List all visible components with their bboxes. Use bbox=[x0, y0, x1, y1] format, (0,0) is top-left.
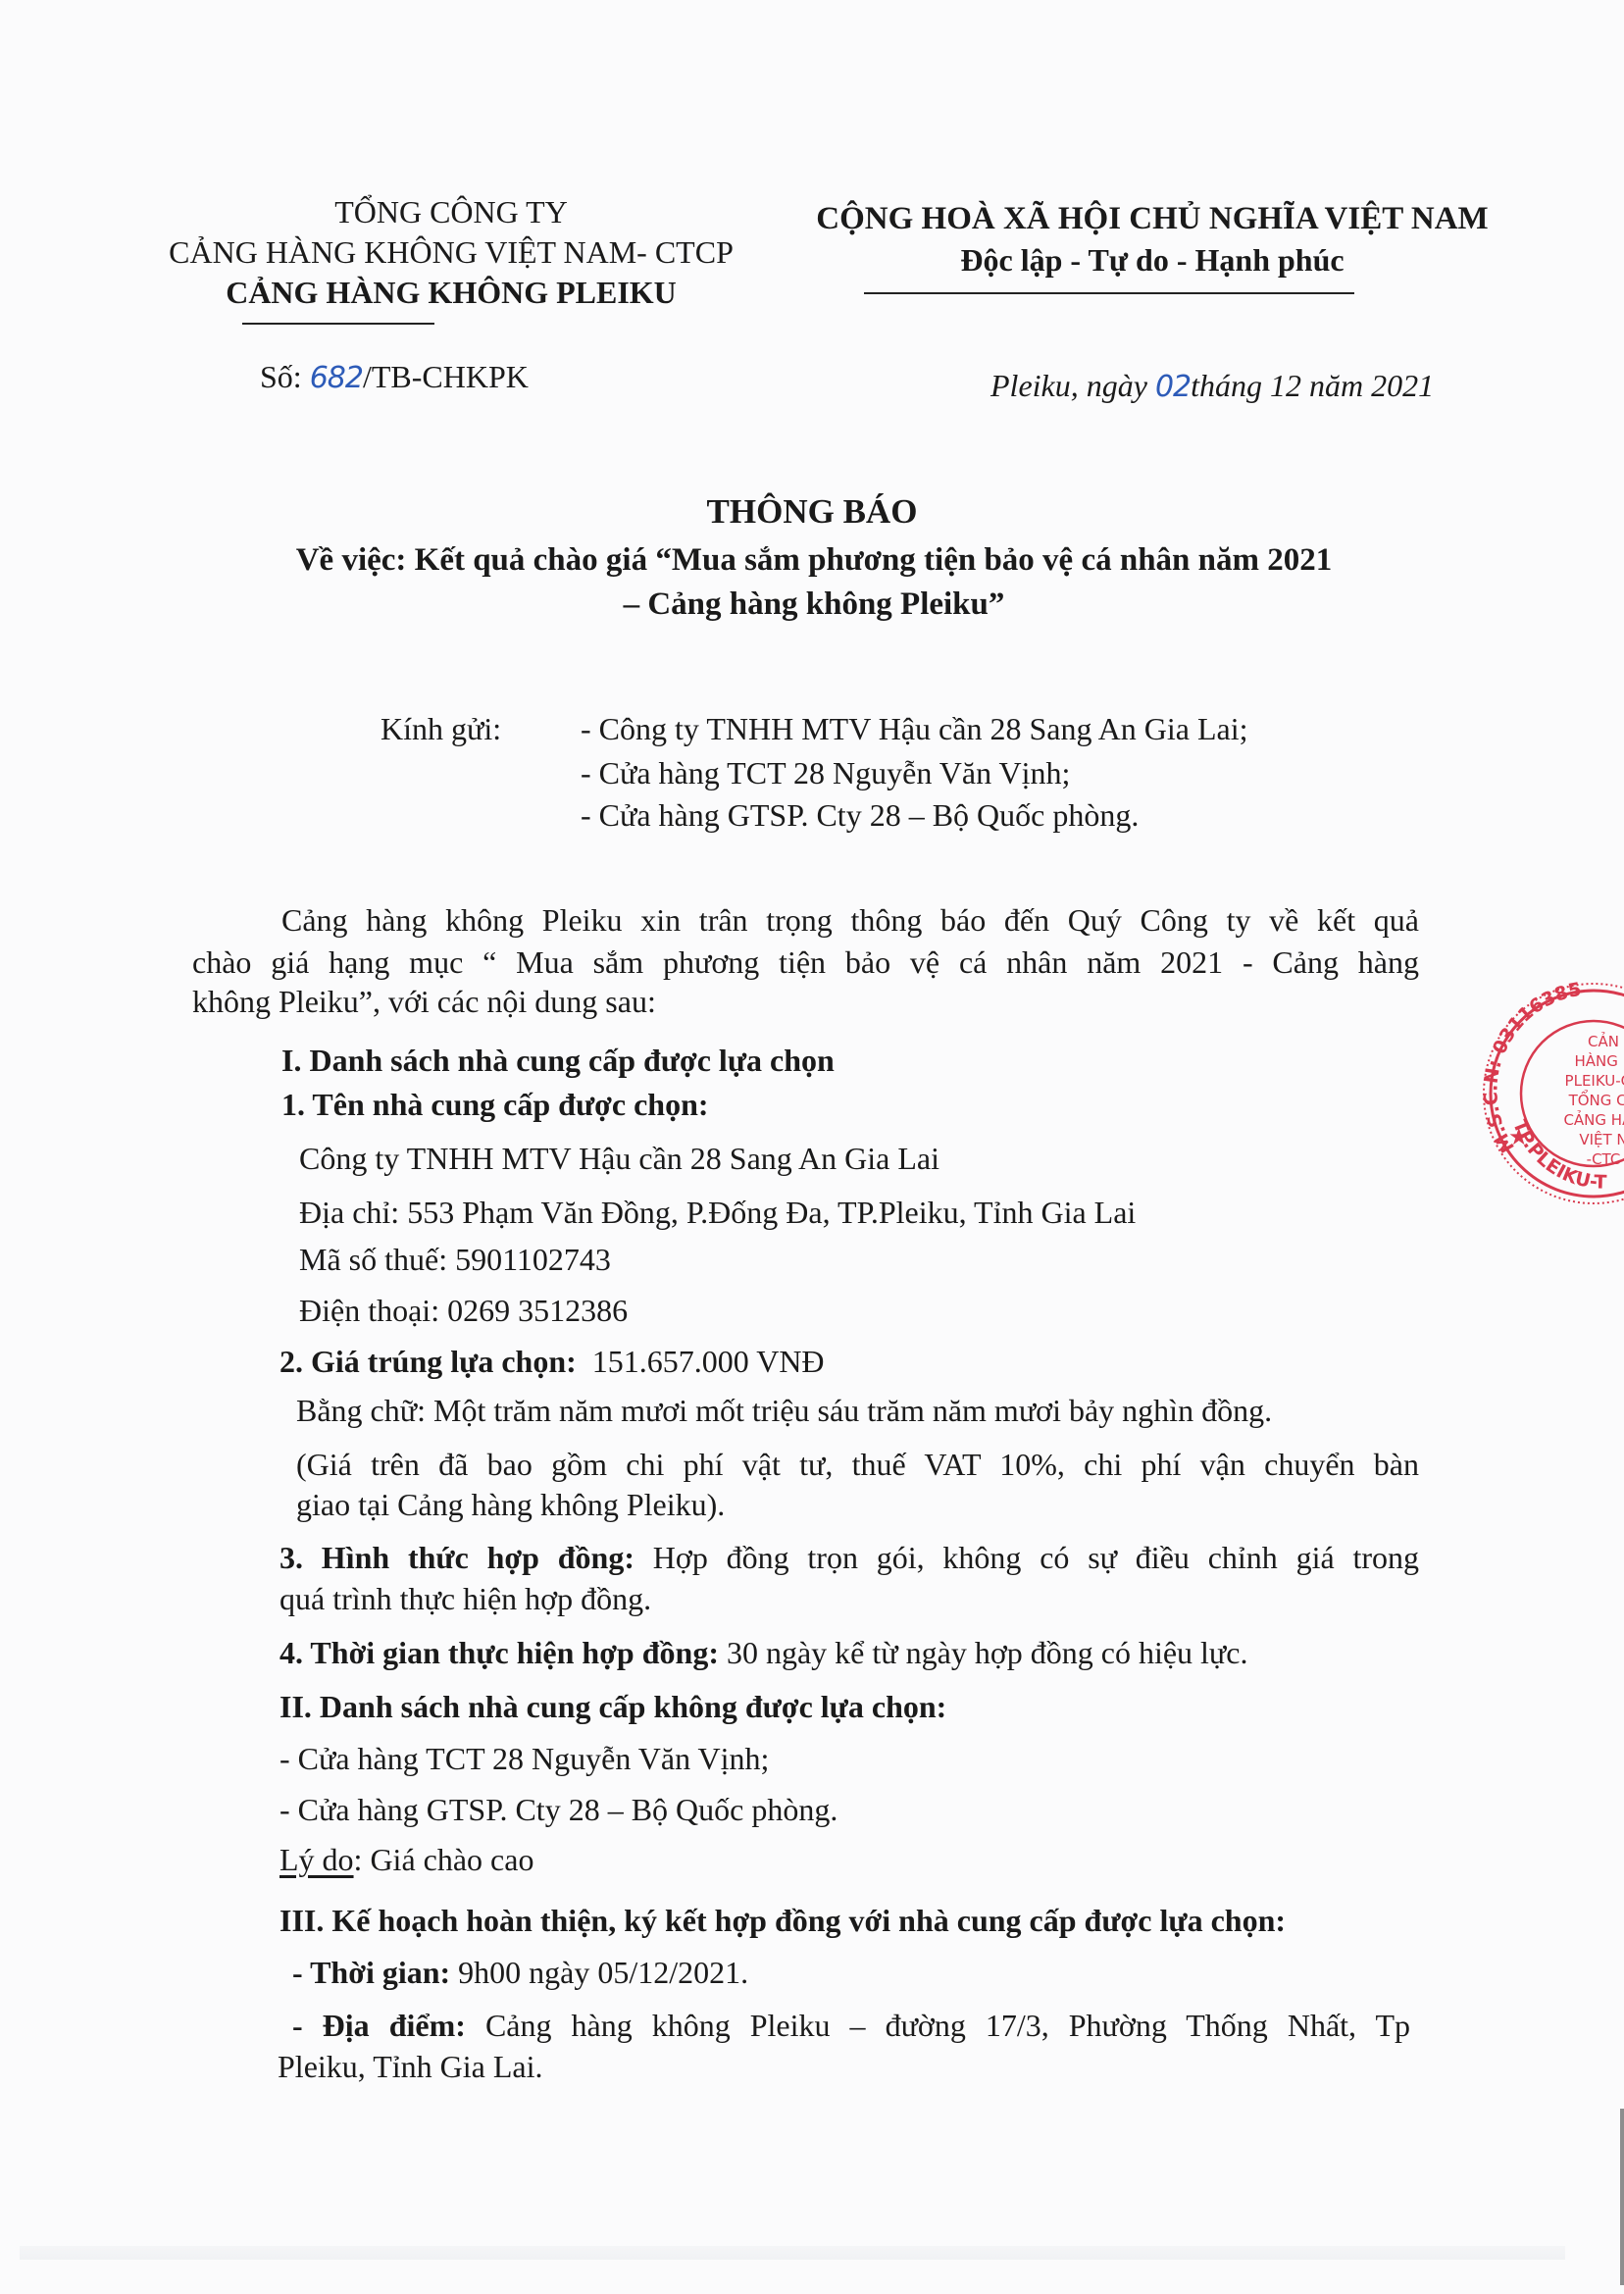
intro-line-3: không Pleiku”, với các nội dung sau: bbox=[192, 984, 656, 1020]
org-line-2: CẢNG HÀNG KHÔNG VIỆT NAM- CTCP bbox=[98, 234, 804, 271]
place-label: - Địa điểm: bbox=[292, 2008, 466, 2043]
price-in-words: Bằng chữ: Một trăm năm mươi mốt triệu sá… bbox=[296, 1393, 1272, 1429]
signing-place-line-1: - Địa điểm: Cảng hàng không Pleiku – đườ… bbox=[292, 2008, 1410, 2044]
recipients-label: Kính gửi: bbox=[381, 711, 501, 747]
nation-underline bbox=[864, 292, 1354, 294]
date-day-handwritten: 02 bbox=[1155, 370, 1191, 404]
scan-shadow bbox=[20, 2246, 1565, 2260]
item-1-label: 1. Tên nhà cung cấp được chọn: bbox=[281, 1087, 709, 1123]
subject-line-1: Về việc: Kết quả chào giá “Mua sắm phươn… bbox=[177, 542, 1451, 579]
nation-line-1: CỘNG HOÀ XÃ HỘI CHỦ NGHĨA VIỆT NAM bbox=[755, 201, 1549, 237]
rejected-supplier: - Cửa hàng GTSP. Cty 28 – Bộ Quốc phòng. bbox=[279, 1792, 837, 1828]
item-3-line-2: quá trình thực hiện hợp đồng. bbox=[279, 1581, 651, 1617]
svg-text:CẢNG HÀN: CẢNG HÀN bbox=[1563, 1109, 1624, 1129]
item-3-line-1: 3. Hình thức hợp đồng: Hợp đồng trọn gói… bbox=[279, 1540, 1419, 1576]
org-line-1: TỔNG CÔNG TY bbox=[118, 194, 785, 230]
intro-line-1: Cảng hàng không Pleiku xin trân trọng th… bbox=[281, 902, 1419, 939]
doc-number-prefix: Số: bbox=[260, 359, 302, 394]
org-underline bbox=[242, 323, 434, 325]
svg-text:★: ★ bbox=[1508, 1123, 1530, 1150]
company-seal-stamp: M.S.C.N: 03116385 TP.PLEIKU-T ★ CẢNHÀNG … bbox=[1476, 976, 1624, 1211]
company-address: Địa chỉ: 553 Phạm Văn Đồng, P.Đống Đa, T… bbox=[299, 1195, 1136, 1231]
place-date-suffix: tháng 12 năm 2021 bbox=[1191, 368, 1434, 403]
selected-company: Công ty TNHH MTV Hậu cần 28 Sang An Gia … bbox=[299, 1141, 939, 1177]
svg-text:CẢN: CẢN bbox=[1588, 1031, 1619, 1050]
contract-duration: 30 ngày kể từ ngày hợp đồng có hiệu lực. bbox=[727, 1635, 1248, 1670]
section-1-heading: I. Danh sách nhà cung cấp được lựa chọn bbox=[281, 1043, 835, 1079]
rejection-reason: Lý do: Giá chào cao bbox=[279, 1842, 533, 1878]
scan-edge bbox=[1620, 2109, 1624, 2285]
item-4-label: 4. Thời gian thực hiện hợp đồng: bbox=[279, 1635, 719, 1670]
reason-label: Lý do bbox=[279, 1842, 354, 1877]
doc-number: Số: 682/TB-CHKPK bbox=[260, 359, 529, 395]
document-title: THÔNG BÁO bbox=[0, 492, 1624, 532]
price-note-line-2: giao tại Cảng hàng không Pleiku). bbox=[296, 1487, 725, 1523]
place-value: Cảng hàng không Pleiku – đường 17/3, Phư… bbox=[485, 2008, 1410, 2043]
doc-number-suffix: /TB-CHKPK bbox=[363, 359, 529, 394]
nation-line-2: Độc lập - Tự do - Hạnh phúc bbox=[755, 242, 1549, 279]
item-3-label: 3. Hình thức hợp đồng: bbox=[279, 1540, 634, 1575]
seal-icon: M.S.C.N: 03116385 TP.PLEIKU-T ★ CẢNHÀNG … bbox=[1476, 976, 1624, 1211]
svg-text:-CTC: -CTC bbox=[1587, 1150, 1621, 1168]
doc-number-handwritten: 682 bbox=[310, 361, 363, 395]
company-phone: Điện thoại: 0269 3512386 bbox=[299, 1293, 628, 1329]
place-date-prefix: Pleiku, ngày bbox=[990, 368, 1147, 403]
svg-text:TỔNG CÔ: TỔNG CÔ bbox=[1568, 1089, 1624, 1109]
svg-text:PLEIKU-CH: PLEIKU-CH bbox=[1565, 1072, 1624, 1090]
svg-text:VIỆT N: VIỆT N bbox=[1579, 1130, 1624, 1148]
time-value: 9h00 ngày 05/12/2021. bbox=[458, 1955, 748, 1990]
item-2-label: 2. Giá trúng lựa chọn: bbox=[279, 1344, 577, 1379]
company-tax-code: Mã số thuế: 5901102743 bbox=[299, 1242, 611, 1278]
section-3-heading: III. Kế hoạch hoàn thiện, ký kết hợp đồn… bbox=[279, 1903, 1286, 1939]
rejected-supplier: - Cửa hàng TCT 28 Nguyễn Văn Vịnh; bbox=[279, 1741, 769, 1777]
recipient-item: - Cửa hàng TCT 28 Nguyễn Văn Vịnh; bbox=[581, 755, 1070, 791]
contract-type: Hợp đồng trọn gói, không có sự điều chỉn… bbox=[653, 1540, 1419, 1575]
svg-text:HÀNG K: HÀNG K bbox=[1575, 1051, 1624, 1070]
time-label: - Thời gian: bbox=[292, 1955, 450, 1990]
org-line-3: CẢNG HÀNG KHÔNG PLEIKU bbox=[118, 275, 785, 311]
subject-line-2: – Cảng hàng không Pleiku” bbox=[177, 586, 1451, 623]
recipient-item: - Cửa hàng GTSP. Cty 28 – Bộ Quốc phòng. bbox=[581, 797, 1139, 834]
intro-line-2: chào giá hạng mục “ Mua sắm phương tiện … bbox=[192, 944, 1419, 981]
item-2: 2. Giá trúng lựa chọn: 151.657.000 VNĐ bbox=[279, 1344, 825, 1380]
recipient-item: - Công ty TNHH MTV Hậu cần 28 Sang An Gi… bbox=[581, 711, 1248, 747]
winning-price: 151.657.000 VNĐ bbox=[592, 1344, 825, 1379]
stamp-inner-text: CẢNHÀNG KPLEIKU-CHTỔNG CÔCẢNG HÀNVIỆT N-… bbox=[1563, 1031, 1624, 1168]
signing-place-line-2: Pleiku, Tỉnh Gia Lai. bbox=[278, 2049, 542, 2085]
item-4: 4. Thời gian thực hiện hợp đồng: 30 ngày… bbox=[279, 1635, 1247, 1671]
place-date: Pleiku, ngày 02tháng 12 năm 2021 bbox=[990, 368, 1434, 404]
price-note-line-1: (Giá trên đã bao gồm chi phí vật tư, thu… bbox=[296, 1447, 1419, 1483]
reason-value: : Giá chào cao bbox=[354, 1842, 534, 1877]
signing-time: - Thời gian: 9h00 ngày 05/12/2021. bbox=[292, 1955, 748, 1991]
section-2-heading: II. Danh sách nhà cung cấp không được lự… bbox=[279, 1689, 946, 1725]
